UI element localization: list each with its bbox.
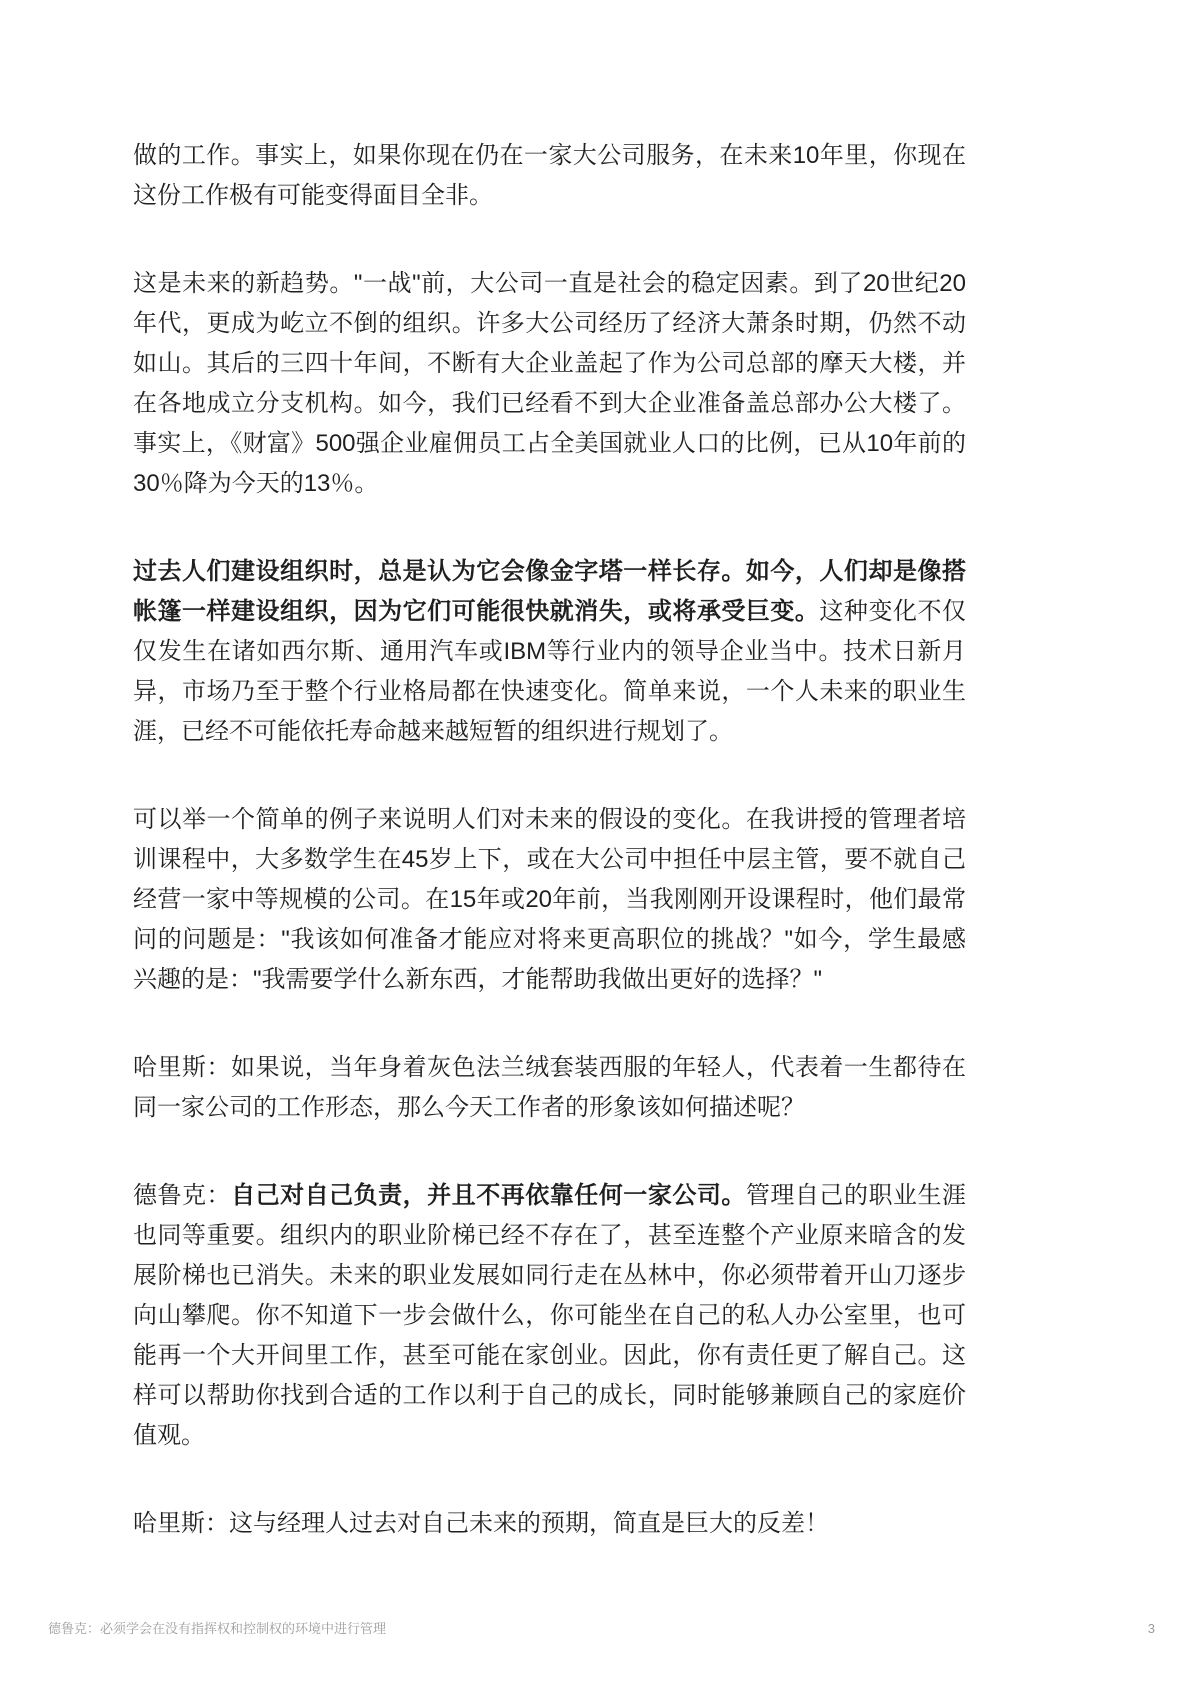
paragraph-text: 做的工作。事实上，如果你现在仍在一家大公司服务，在未来10年里，你现在这份工作极… [133,142,966,209]
paragraph: 哈里斯：这与经理人过去对自己未来的预期，简直是巨大的反差！ [133,1504,966,1544]
paragraph-text-bold: 自己对自己负责，并且不再依靠任何一家公司。 [231,1182,746,1209]
footer-running-title: 德鲁克：必须学会在没有指挥权和控制权的环境中进行管理 [48,1620,386,1638]
paragraph-text: 这是未来的新趋势。"一战"前，大公司一直是社会的稳定因素。到了20世纪20年代，… [133,270,966,497]
paragraph: 过去人们建设组织时，总是认为它会像金字塔一样长存。如今，人们却是像搭帐篷一样建设… [133,552,966,752]
paragraph: 这是未来的新趋势。"一战"前，大公司一直是社会的稳定因素。到了20世纪20年代，… [133,264,966,504]
paragraph: 做的工作。事实上，如果你现在仍在一家大公司服务，在未来10年里，你现在这份工作极… [133,136,966,216]
paragraph-text: 可以举一个简单的例子来说明人们对未来的假设的变化。在我讲授的管理者培训课程中，大… [133,806,966,993]
paragraph: 哈里斯：如果说，当年身着灰色法兰绒套装西服的年轻人，代表着一生都待在同一家公司的… [133,1048,966,1128]
page-footer: 德鲁克：必须学会在没有指挥权和控制权的环境中进行管理 3 [48,1620,1155,1638]
page-number: 3 [1148,1620,1155,1638]
paragraph: 德鲁克：自己对自己负责，并且不再依靠任何一家公司。管理自己的职业生涯也同等重要。… [133,1176,966,1456]
page-body: 做的工作。事实上，如果你现在仍在一家大公司服务，在未来10年里，你现在这份工作极… [0,0,1200,1544]
speaker-label: 德鲁克： [133,1182,231,1209]
paragraph: 可以举一个简单的例子来说明人们对未来的假设的变化。在我讲授的管理者培训课程中，大… [133,800,966,1000]
paragraph-text: 哈里斯：如果说，当年身着灰色法兰绒套装西服的年轻人，代表着一生都待在同一家公司的… [133,1054,966,1121]
paragraph-text: 哈里斯：这与经理人过去对自己未来的预期，简直是巨大的反差！ [133,1510,829,1537]
paragraph-text: 管理自己的职业生涯也同等重要。组织内的职业阶梯已经不存在了，甚至连整个产业原来暗… [133,1182,966,1449]
